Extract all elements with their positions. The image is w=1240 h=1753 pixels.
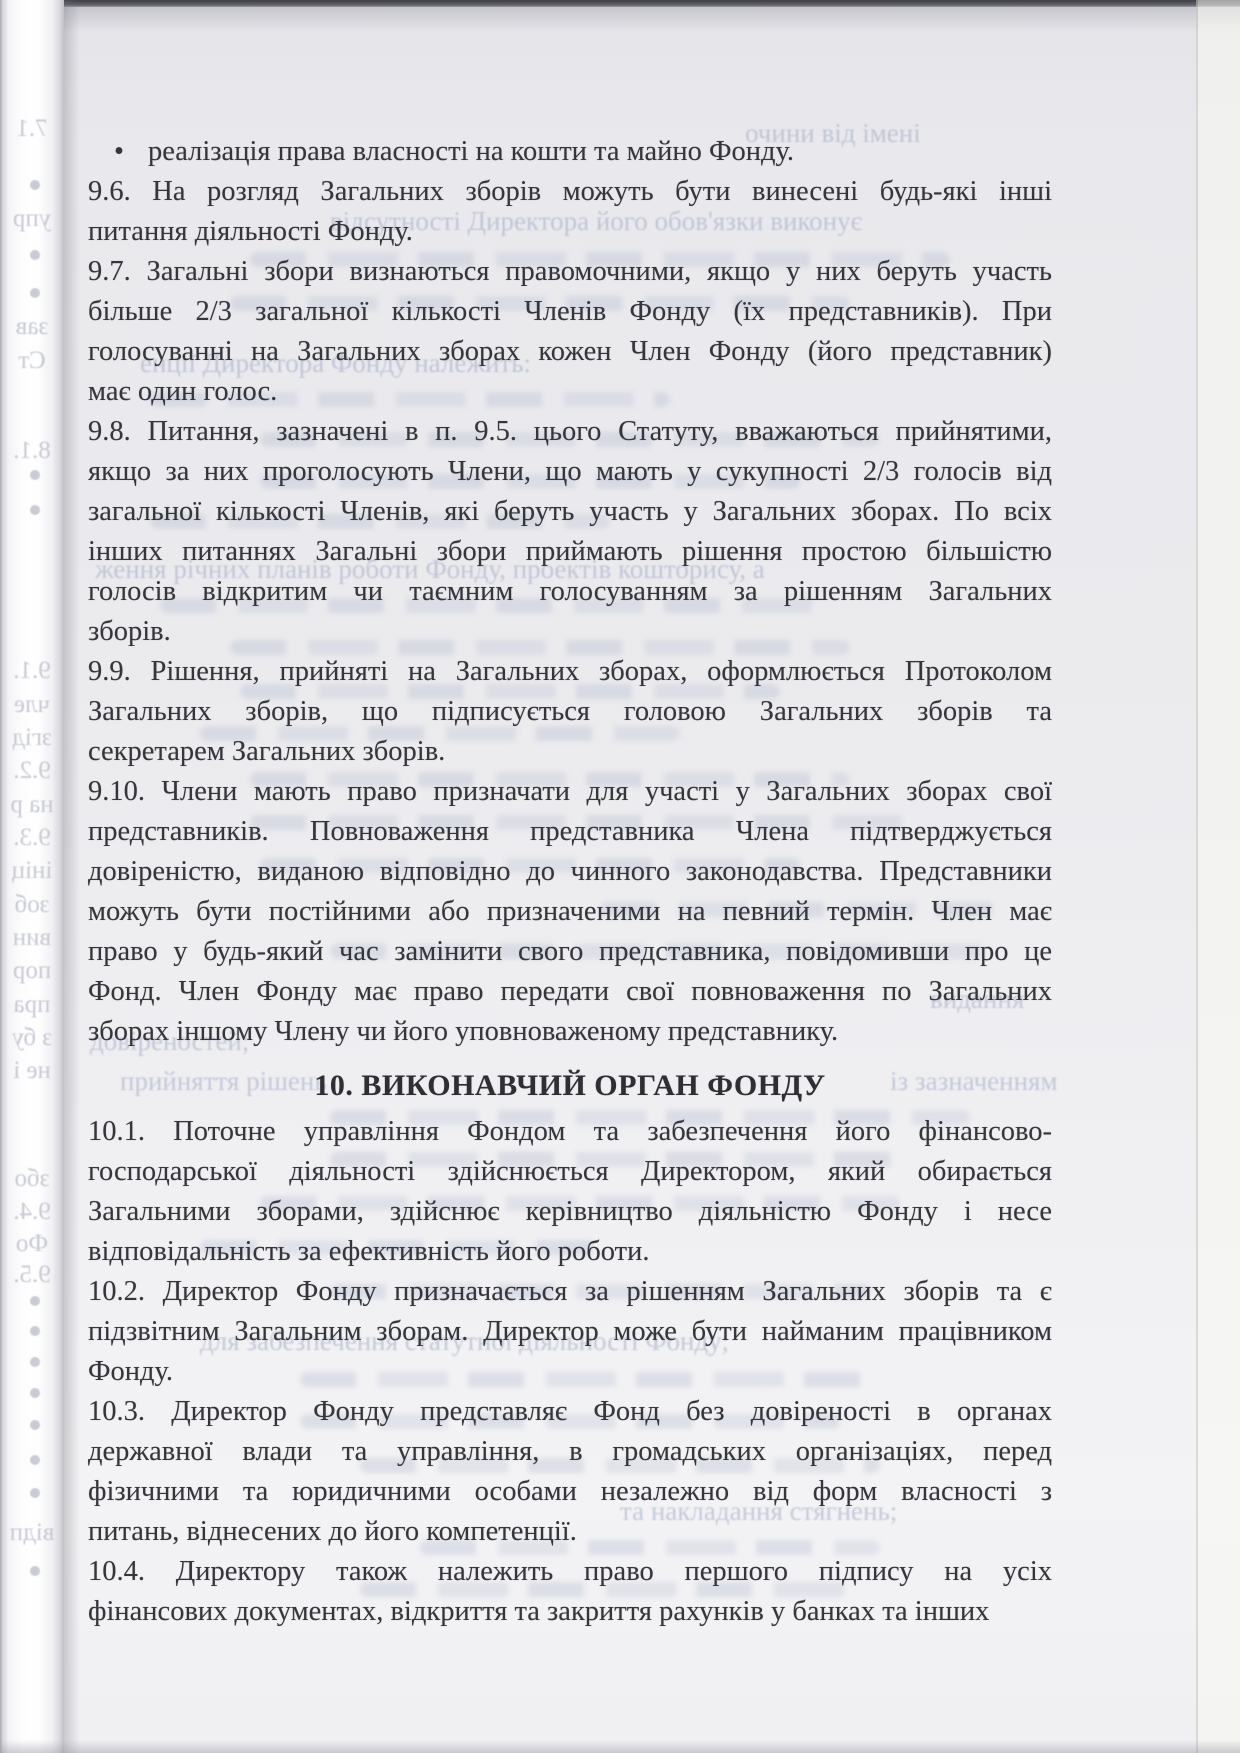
text-line: фізичними та юридичними особами незалежн…: [88, 1472, 1052, 1512]
text-line: питань, віднесених до його компетенції.: [88, 1512, 1052, 1552]
paragraph: 10.3. Директор Фонду представляє Фонд бе…: [88, 1392, 1052, 1552]
text-line: інших питаннях Загальні збори приймають …: [88, 532, 1052, 572]
section-heading: 10. ВИКОНАВЧИЙ ОРГАН ФОНДУ: [88, 1066, 1052, 1106]
text-line: Фонду.: [88, 1352, 1052, 1392]
paragraph: 10.2. Директор Фонду призначається за рі…: [88, 1272, 1052, 1392]
text-line: більше 2/3 загальної кількості Членів Фо…: [88, 292, 1052, 332]
text-line: голосуванні на Загальних зборах кожен Чл…: [88, 332, 1052, 372]
paragraph: 9.7. Загальні збори визнаються правомочн…: [88, 252, 1052, 412]
text-line: представників. Повноваження представника…: [88, 812, 1052, 852]
text-line: 10.1. Поточне управління Фондом та забез…: [88, 1112, 1052, 1152]
paragraph: 10.1. Поточне управління Фондом та забез…: [88, 1112, 1052, 1272]
text-line: питання діяльності Фонду.: [88, 212, 1052, 252]
text-line: підзвітним Загальним зборам. Директор мо…: [88, 1312, 1052, 1352]
paragraph: 9.8. Питання, зазначені в п. 9.5. цього …: [88, 412, 1052, 652]
text-line: відповідальність за ефективність його ро…: [88, 1232, 1052, 1272]
bullet-icon: •: [114, 132, 124, 172]
text-line: 9.7. Загальні збори визнаються правомочн…: [88, 252, 1052, 292]
paragraph: 10.4. Директору також належить право пер…: [88, 1552, 1052, 1632]
text-line: 9.8. Питання, зазначені в п. 9.5. цього …: [88, 412, 1052, 452]
paragraph: 9.9. Рішення, прийняті на Загальних збор…: [88, 652, 1052, 772]
text-line: державної влади та управління, в громадс…: [88, 1432, 1052, 1472]
text-line: 9.9. Рішення, прийняті на Загальних збор…: [88, 652, 1052, 692]
text-line: загальної кількості Членів, які беруть у…: [88, 492, 1052, 532]
text-line: секретарем Загальних зборів.: [88, 732, 1052, 772]
text-line: 9.6. На розгляд Загальних зборів можуть …: [88, 172, 1052, 212]
scanned-statute-page: { "document_language": "uk", "colors": {…: [0, 0, 1240, 1753]
text-line: Загальними зборами, здійснює керівництво…: [88, 1192, 1052, 1232]
paragraph: 9.10. Члени мають право призначати для у…: [88, 772, 1052, 1052]
text-line: 10.2. Директор Фонду призначається за рі…: [88, 1272, 1052, 1312]
text-line: господарської діяльності здійснюється Ди…: [88, 1152, 1052, 1192]
section-9-body: •реалізація права власності на кошти та …: [88, 132, 1052, 1052]
paragraph: •реалізація права власності на кошти та …: [88, 132, 1052, 172]
text-line: зборах іншому Члену чи його уповноважено…: [88, 1012, 1052, 1052]
section-10-body: 10.1. Поточне управління Фондом та забез…: [88, 1112, 1052, 1632]
text-line: 9.10. Члени мають право призначати для у…: [88, 772, 1052, 812]
paper-right-margin: [1198, 0, 1240, 1753]
text-line: довіреністю, виданою відповідно до чинно…: [88, 852, 1052, 892]
text-line: якщо за них проголосують Члени, що мають…: [88, 452, 1052, 492]
text-line: Фонд. Член Фонду має право передати свої…: [88, 972, 1052, 1012]
document-text: •реалізація права власності на кошти та …: [88, 132, 1052, 1632]
text-line: 10.3. Директор Фонду представляє Фонд бе…: [88, 1392, 1052, 1432]
paragraph: 9.6. На розгляд Загальних зборів можуть …: [88, 172, 1052, 252]
text-line: зборів.: [88, 612, 1052, 652]
text-line: право у будь-який час замінити свого пре…: [88, 932, 1052, 972]
text-line: має один голос.: [88, 372, 1052, 412]
text-line: 10.4. Директору також належить право пер…: [88, 1552, 1052, 1592]
text-line: фінансових документах, відкриття та закр…: [88, 1592, 1052, 1632]
scan-bottom-shadow: [0, 1740, 1240, 1753]
text-line: голосів відкритим чи таємним голосування…: [88, 572, 1052, 612]
text-line: •реалізація права власності на кошти та …: [88, 132, 1052, 172]
text-line: Загальних зборів, що підписується голово…: [88, 692, 1052, 732]
bullet-text: реалізація права власності на кошти та м…: [148, 136, 794, 167]
text-line: можуть бути постійними або призначеними …: [88, 892, 1052, 932]
